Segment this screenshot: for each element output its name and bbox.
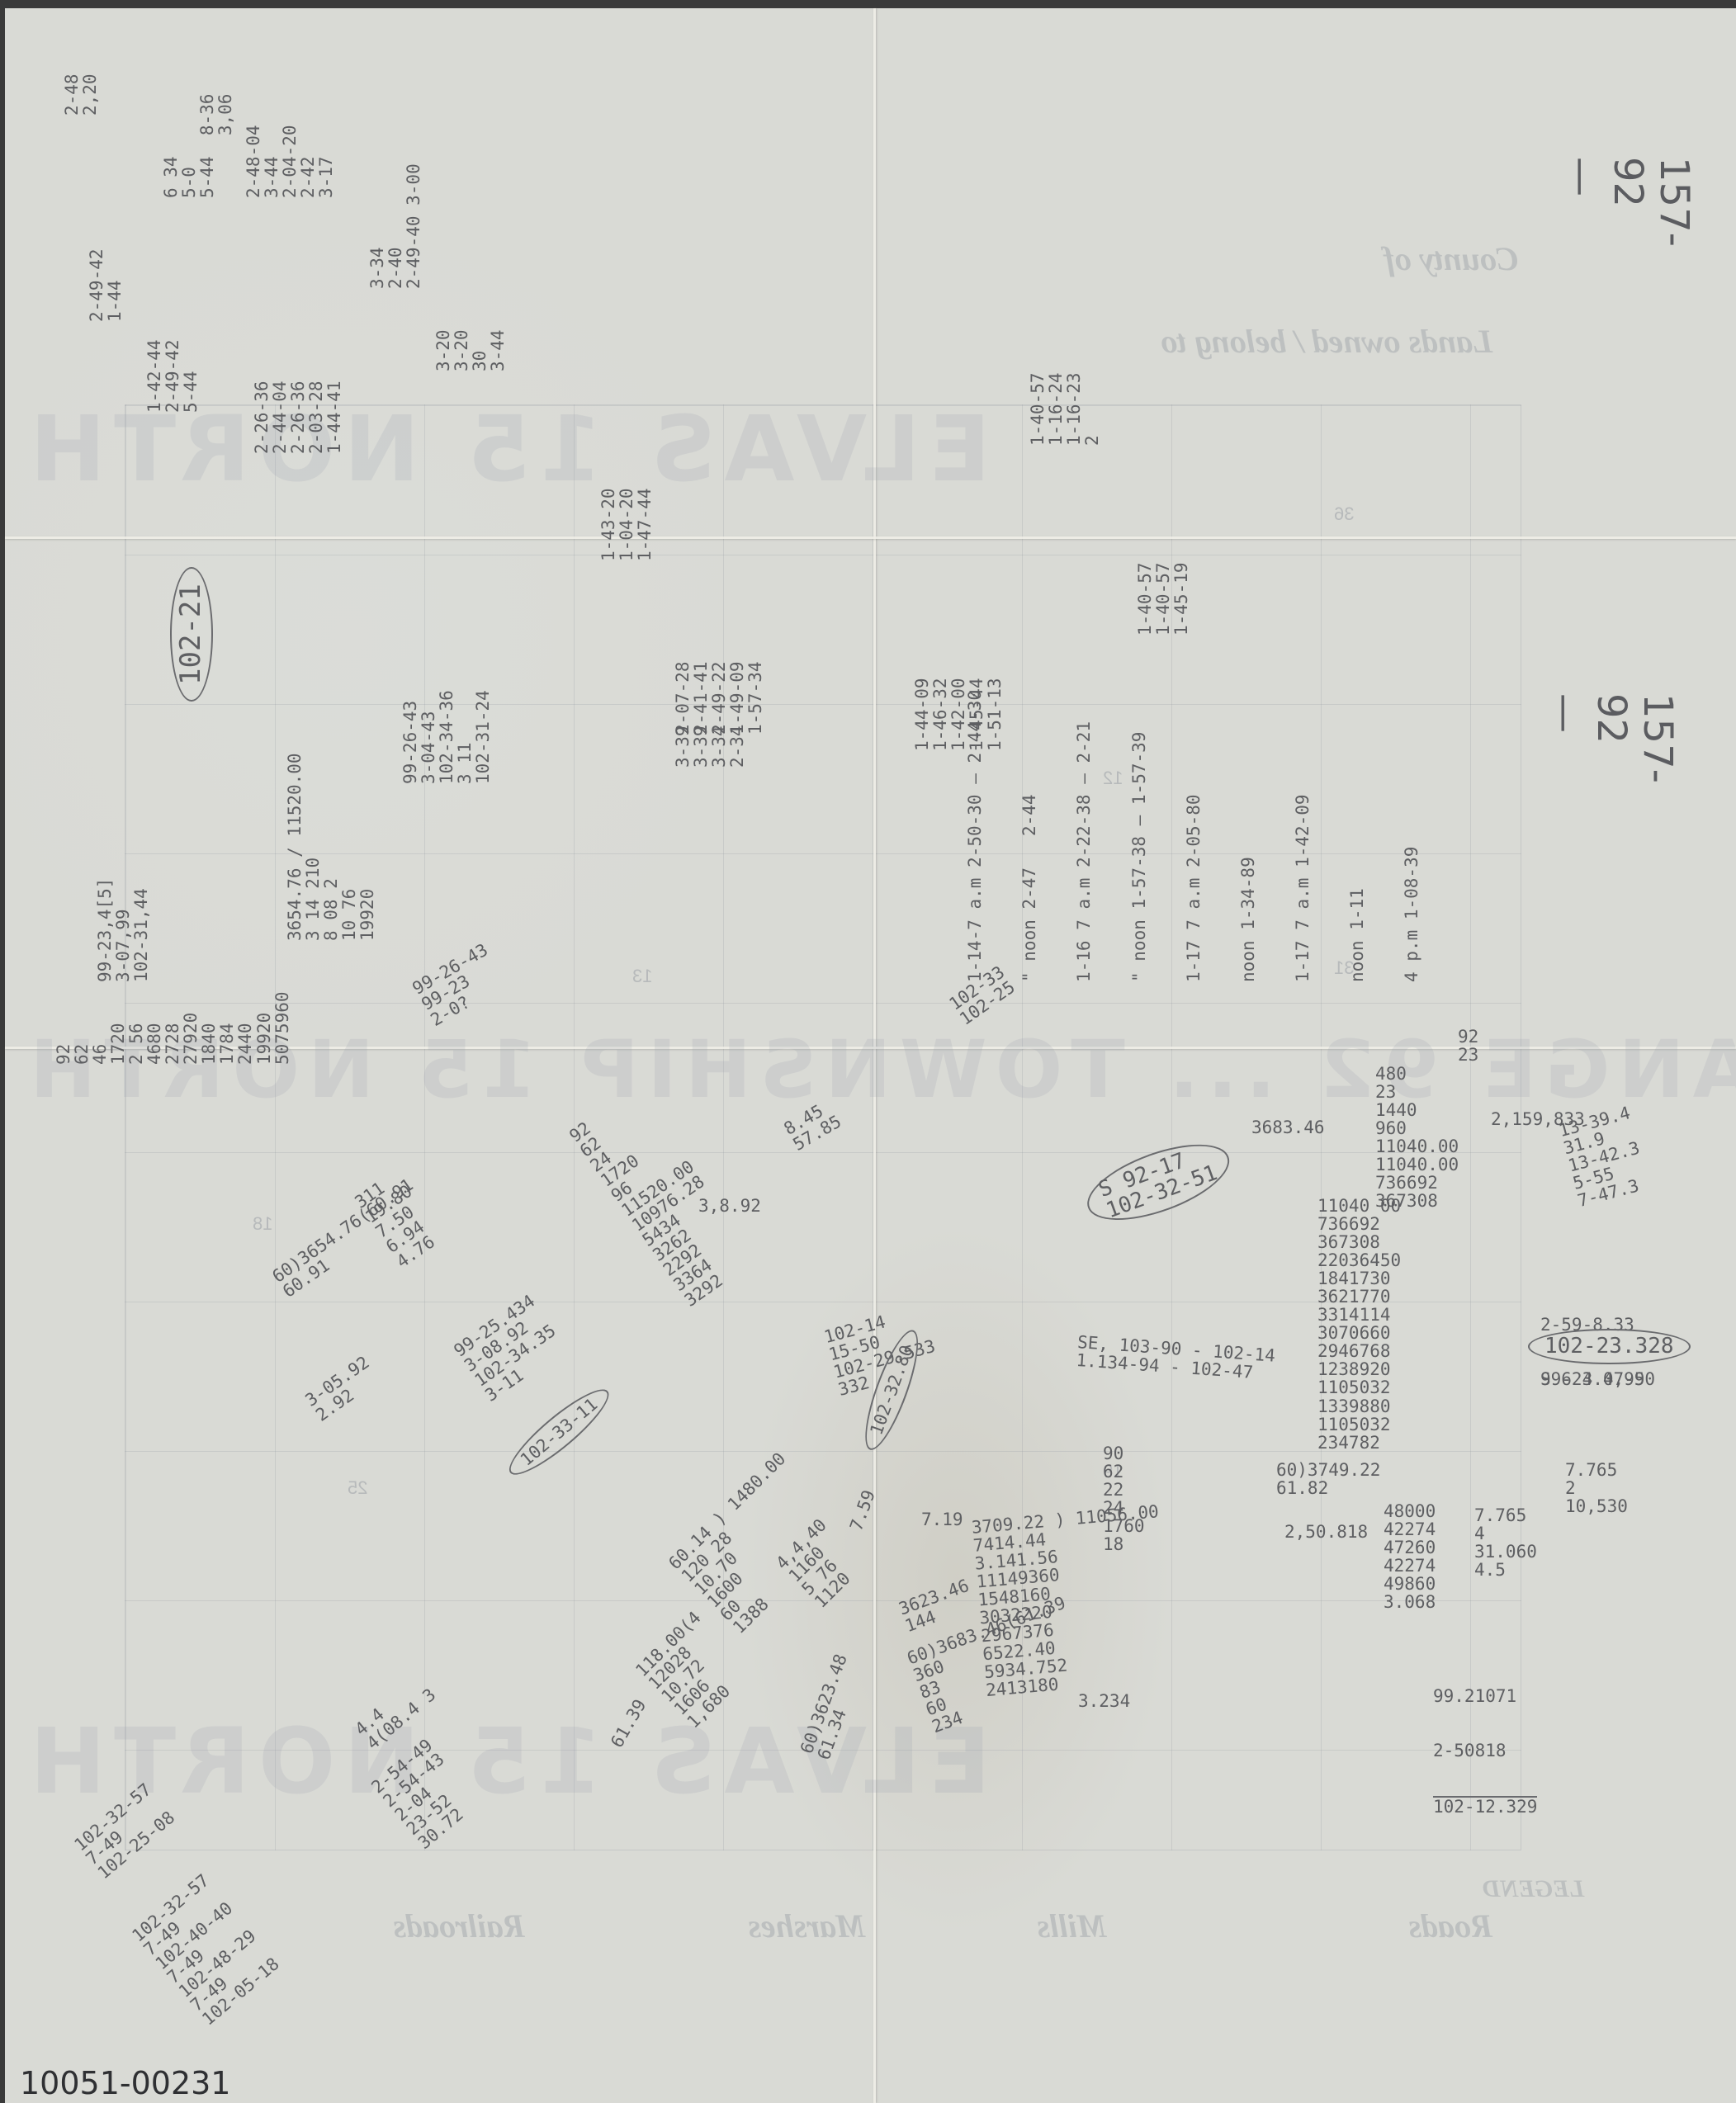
legend-marshes: Marshes [748,1907,865,1945]
calc-top-right-sum: 13-39.4 31.9 13-42.3 5-55 7-47.3 [1557,1103,1651,1210]
calc-right-lower-0: 60)3749.22 61.82 [1276,1461,1380,1497]
calc-bottom-right-total: 99.21071 2-50818 102-12.329 [1433,1651,1537,1853]
calc-top-left-0: 2-48 2,20 [63,73,99,116]
time-log-entry: 4 p.m 1-08-39 [1403,690,1421,982]
calc-top-left-3: 2-49-42 1-44 [88,248,124,322]
calc-left-column-1: 92 62 46 1720 2 56 4680 2728 27920 1840 … [54,991,291,1065]
calc-top-left-8: 3-34 2-40 2-49-40 3-00 [368,163,423,289]
calc-upper-right-2: 1-40-57 1-16-24 1-16-23 2 [1029,372,1101,446]
showthrough-county-of: County of [1384,239,1518,278]
showthrough-legend-label: LEGEND [1483,1875,1584,1903]
calc-line: 99.21071 [1433,1687,1537,1705]
calc-right-top-0: 480 23 1440 960 11040.00 11040.00 736692… [1375,1065,1459,1210]
calc-right-top-3: 92 23 [1458,1028,1478,1064]
time-log-entry: " noon 2-47 2-44 [1020,690,1038,982]
calc-subtotal: S 6 4.07-90 [1540,1370,1655,1388]
time-log-entry: 1-17 7 a.m 2-05-80 [1185,690,1203,982]
calc-upper-middle-0: 99-26-43 3-04-43 102-34-36 3 11 102-31-2… [401,690,492,784]
calc-top-left-1: 6 34 5-0 5-44 8-36 3,06 [162,94,234,198]
calc-bottom-left-1: 102-32-57 7-49 102-40-40 7-49 102-48-29 … [129,1871,282,2029]
calc-top-left-4: 1-42-44 2-49-42 5-44 [145,339,200,413]
calc-right-lower-4: 7.765 2 10,530 [1565,1461,1628,1515]
circled-total-102-23-328: 102-23.328 [1528,1329,1691,1364]
calc-upper-middle-2: 2-07-28 2-41-41 2-49-22 1-49-09 1-57-34 [674,661,764,735]
margin-note-top: 157-92 — [1559,157,1697,247]
time-log-entry: 1-17 7 a.m 1-42-09 [1294,690,1312,982]
calc-bottom-center-8: 3.234 [1078,1692,1130,1710]
grid-number: 36 [1334,503,1354,525]
calc-upper-middle-1: 1-43-20 1-04-20 1-47-44 [599,488,654,561]
margin-note-middle: 157-92 — [1542,693,1681,783]
time-log-entry: noon 1-11 [1348,690,1366,982]
grid-number: 13 [632,966,652,987]
time-log-entry: noon 1-34-89 [1239,690,1257,982]
horizontal-fold-line-1 [5,536,1736,539]
circled-total-102-21: 102-21 [170,567,213,702]
legend-railroads: Railroads [393,1907,525,1945]
document-sheet: County of Lands owned / belong to ELVAS … [5,8,1736,2103]
showthrough-lands-owned: Lands owned / belong to [1161,322,1492,361]
calc-left-column-3: 3654.76 / 11520.00 3 14 210 8 08 2 10 76… [286,753,376,941]
calc-left-column-0: 99-23,4[5] 3-07,99 102-31,44 [96,878,150,982]
calc-right-lower-3: 7.765 4 31.060 4.5 [1474,1506,1537,1579]
time-log-entry: 1-14-7 a.m 2-50-30 — 2-44-30 [966,690,984,982]
time-log-entry: " noon 1-57-38 — 1-57-39 [1130,690,1148,982]
calc-upper-right-1: 1-40-57 1-40-57 1-45-19 [1136,562,1190,636]
calc-top-left-6: 2-26-36 2-44-04 2-26-36 2-03-28 1-44-41 [253,380,343,454]
calc-line: 2-50818 [1433,1741,1537,1760]
grid-number: 18 [253,1213,272,1235]
calc-result: 102-12.329 [1433,1796,1537,1816]
calc-upper-middle-3: 3-39 3-39 3-34 2-34 [674,725,746,768]
archive-id: 10051-00231 [20,2065,230,2101]
calc-upper-middle-4: 3-20 3-20 30 3-44 [434,329,507,371]
grid-number: 25 [348,1477,367,1499]
calc-right-lower-1: 48000 42274 47260 42274 49860 3.068 [1384,1502,1436,1611]
calc-mid-center-2: 7.19 [921,1510,963,1529]
time-log-entry: 1-16 7 a.m 2-22-38 — 2-21 [1075,690,1093,982]
calc-right-top-1: 3683.46 [1251,1118,1325,1137]
calc-left-mid-3: 3,8.92 [698,1197,761,1215]
legend-mills: Mills [1037,1907,1106,1945]
calc-right-column-long: 11040 00 736692 367308 22036450 1841730 … [1317,1197,1401,1452]
legend-roads: Roads [1408,1907,1492,1945]
calc-right-lower-2: 2,50.818 [1284,1523,1368,1541]
time-log: 1-14-7 a.m 2-50-30 — 2-44-30 " noon 2-47… [929,690,1457,982]
calc-top-left-7: 2-48-04 3-44 2-04-20 2-42 3-17 [244,125,335,198]
